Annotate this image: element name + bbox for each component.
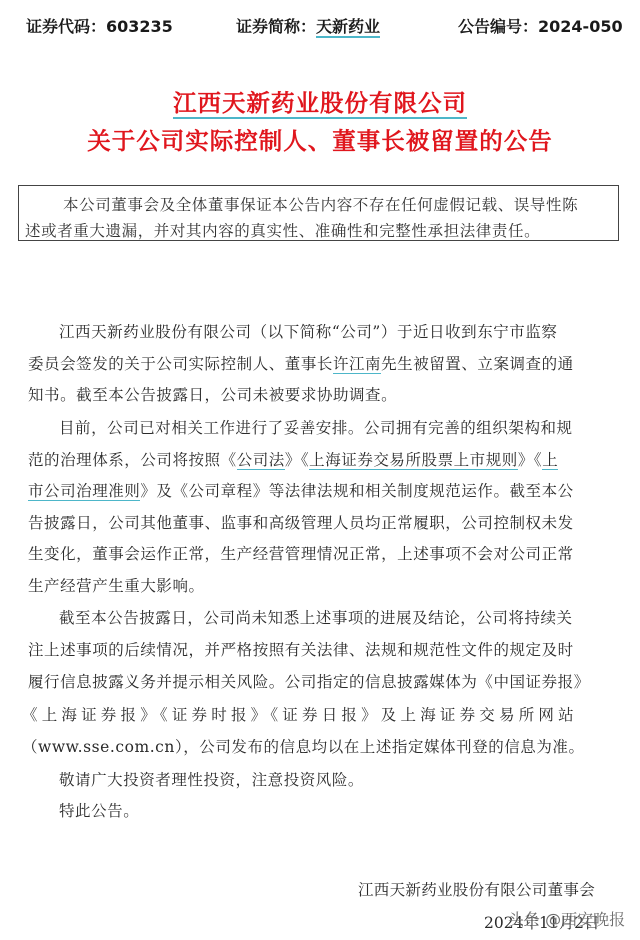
p4-risk-warning: 敬请广大投资者理性投资，注意投资风险。: [59, 768, 364, 790]
company-law-link[interactable]: 公司法: [237, 451, 285, 470]
p5-closing: 特此公告。: [59, 799, 139, 821]
disclaimer-line-2: 述或者重大遗漏，并对其内容的真实性、准确性和完整性承担法律责任。: [25, 219, 540, 241]
p1-line-1: 江西天新药业股份有限公司（以下简称“公司”）于近日收到东宁市监察: [59, 320, 557, 342]
governance-code-link[interactable]: 市公司治理准则: [28, 482, 140, 501]
p2-line-2-sep2: 》《: [518, 451, 542, 469]
p3-line-5: （www.sse.com.cn），公司发布的信息均以在上述指定媒体刊登的信息为准…: [22, 735, 585, 757]
person-name-link[interactable]: 许江南: [333, 355, 381, 374]
board-signature: 江西天新药业股份有限公司董事会: [358, 878, 595, 900]
p1-line-2: 委员会签发的关于公司实际控制人、董事长许江南先生被留置、立案调查的通: [28, 352, 574, 374]
p2-line-2-text: 范的治理体系，公司将按照《: [28, 451, 237, 469]
p2-line-3: 市公司治理准则》及《公司章程》等法律法规和相关制度规范运作。截至本公: [28, 479, 574, 501]
title-company: 江西天新药业股份有限公司: [0, 84, 640, 118]
p2-line-4: 告披露日，公司其他董事、监事和高级管理人员均正常履职，公司控制权未发: [28, 511, 574, 533]
p2-line-5: 生变化，董事会运作正常，生产经营管理情况正常，上述事项不会对公司正常: [28, 542, 574, 564]
p3-line-4: 《上海证券报》《证券时报》《证券日报》及上海证券交易所网站: [22, 703, 578, 725]
disclaimer-line-1: 本公司董事会及全体董事保证本公告内容不存在任何虚假记载、误导性陈: [63, 193, 578, 215]
p1-line-2-text: 委员会签发的关于公司实际控制人、董事长: [28, 355, 333, 373]
notice-number-value: 2024-050: [538, 17, 623, 36]
stock-code-value: 603235: [106, 17, 173, 36]
stock-code-label: 证券代码：: [26, 17, 106, 36]
p1-line-3: 知书。截至本公告披露日，公司未被要求协助调查。: [28, 383, 397, 405]
document-header: 证券代码：603235 证券简称：天新药业 公告编号：2024-050: [0, 10, 640, 36]
stock-short-name-link[interactable]: 天新药业: [316, 17, 380, 38]
p3-line-3: 履行信息披露义务并提示相关风险。公司指定的信息披露媒体为《中国证券报》: [28, 670, 590, 692]
notice-number-label: 公告编号：: [458, 17, 538, 36]
p2-line-2: 范的治理体系，公司将按照《公司法》《上海证券交易所股票上市规则》《上: [28, 448, 558, 470]
p3-line-1: 截至本公告披露日，公司尚未知悉上述事项的进展及结论，公司将持续关: [59, 606, 573, 628]
title-subject: 关于公司实际控制人、董事长被留置的公告: [0, 122, 640, 156]
stock-short-name: 证券简称：天新药业: [236, 14, 380, 37]
source-watermark: 头条 @西安晚报: [508, 907, 625, 930]
p3-line-2: 注上述事项的后续情况，并严格按照有关法律、法规和规范性文件的规定及时: [28, 638, 574, 660]
p2-line-2-sep: 》《: [285, 451, 309, 469]
stock-short-name-label: 证券简称：: [236, 17, 316, 36]
stock-code: 证券代码：603235: [26, 14, 173, 37]
company-name-link[interactable]: 江西天新药业股份有限公司: [173, 89, 467, 119]
sse-listing-rules-link[interactable]: 上海证券交易所股票上市规则: [309, 451, 518, 470]
p2-line-6: 生产经营产生重大影响。: [28, 574, 205, 596]
governance-code-link-start[interactable]: 上: [542, 451, 558, 470]
notice-number: 公告编号：2024-050: [458, 14, 623, 37]
p1-line-2-text-end: 先生被留置、立案调查的通: [381, 355, 574, 373]
p2-line-1: 目前，公司已对相关工作进行了妥善安排。公司拥有完善的组织架构和规: [59, 416, 573, 438]
disclaimer-box: 本公司董事会及全体董事保证本公告内容不存在任何虚假记载、误导性陈 述或者重大遗漏…: [18, 185, 619, 241]
p2-line-3-text: 》及《公司章程》等法律法规和相关制度规范运作。截至本公: [140, 482, 573, 500]
